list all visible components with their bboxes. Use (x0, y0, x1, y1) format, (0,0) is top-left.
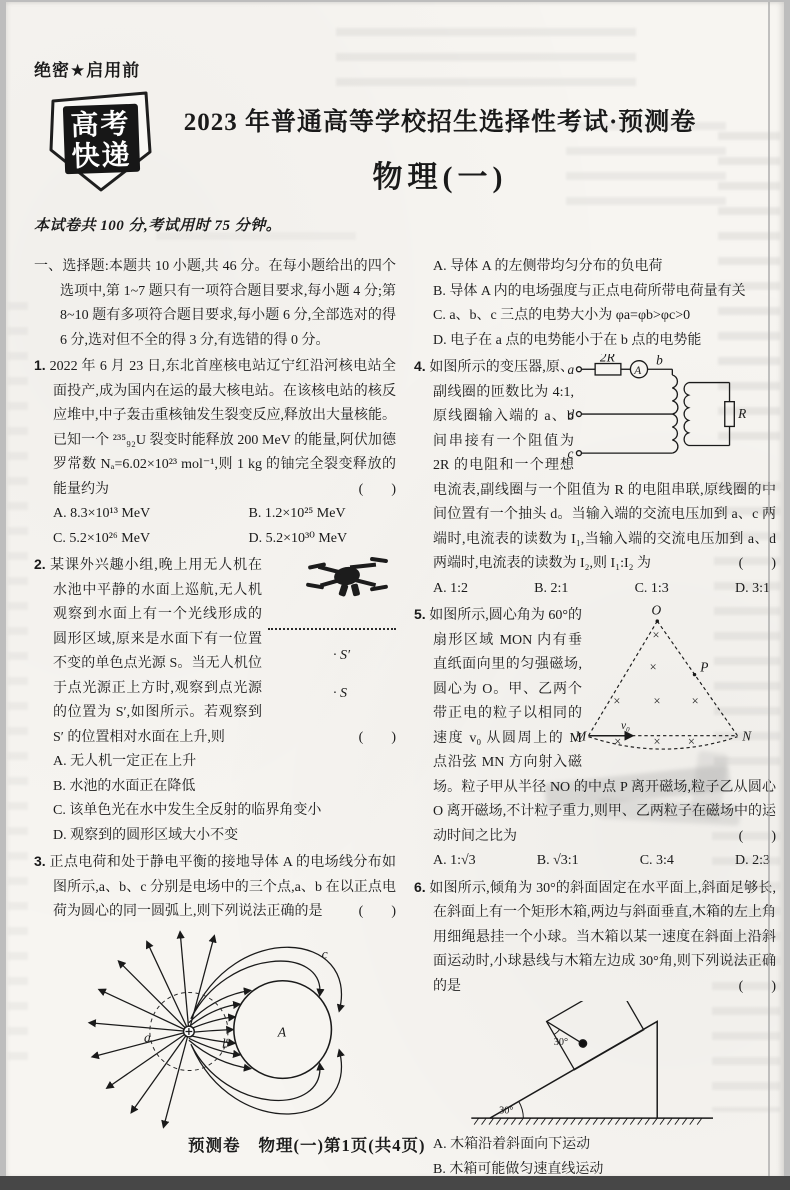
option-a: A. 8.3×10¹³ MeV (53, 502, 249, 527)
question-6-stem: 6. 如图所示,倾角为 30°的斜面固定在水平面上,斜面足够长,在斜面上有一个矩… (414, 875, 776, 1000)
svg-text:×: × (650, 660, 657, 674)
option-d: D. 5.2×10³⁰ MeV (249, 527, 396, 552)
stamp-line1: 高考 (70, 107, 131, 141)
exam-title: 2023 年普通高等学校招生选择性考试·预测卷 (154, 102, 726, 138)
question-4-options: A. 1:2 B. 2:1 C. 1:3 D. 3:1 (414, 577, 776, 602)
option-c: C. a、b、c 三点的电势大小为 φa=φb>φc>0 (414, 304, 776, 329)
option-b: B. 2:1 (534, 577, 568, 602)
question-2: · S′ · S 2. 某课外兴趣小组,晚上用无人机在水池中平静的水面上巡航,无… (34, 552, 396, 848)
left-column: 一、选择题:本题共 10 小题,共 46 分。在每小题给出的四个选项中,第 1~… (34, 255, 396, 1135)
label-n: N (741, 728, 752, 743)
option-d: D. 3:1 (735, 577, 770, 602)
point-c-label: c (322, 946, 328, 961)
question-3-stem: 3. 正点电荷和处于静电平衡的接地导体 A 的电场线分布如图所示,a、b、c 分… (34, 849, 396, 925)
question-5-figure: × × × × × × × × O M N P v₀ (588, 602, 776, 772)
question-number: 3. (34, 853, 46, 869)
answer-bracket: ( ) (758, 975, 776, 1000)
question-1-options: A. 8.3×10¹³ MeV B. 1.2×10²⁵ MeV C. 5.2×1… (34, 502, 396, 551)
option-a: A. 1:2 (433, 577, 468, 602)
option-d: D. 电子在 a 点的电势能小于在 b 点的电势能 (414, 329, 776, 354)
section-heading: 一、选择题:本题共 10 小题,共 46 分。在每小题给出的四个选项中,第 1~… (34, 255, 396, 353)
magnetic-sector-figure: × × × × × × × × O M N P v₀ (569, 602, 757, 772)
terminal-c-label: c (568, 446, 574, 461)
question-3-options: A. 导体 A 的左侧带均匀分布的负电荷 B. 导体 A 内的电场强度与正点电荷… (414, 255, 776, 353)
question-5-options: A. 1:√3 B. √3:1 C. 3:4 D. 2:3 (414, 849, 776, 874)
page-footer: 预测卷 物理(一)第1页(共4页) (188, 1132, 425, 1156)
question-number: 2. (34, 556, 46, 572)
option-a: A. 木箱沿着斜面向下运动 (414, 1133, 776, 1158)
option-c: C. 该单色光在水中发生全反射的临界角变小 (34, 799, 396, 824)
svg-text:×: × (653, 734, 660, 748)
box-group (547, 1001, 644, 1070)
footer-page-number: 物理(一)第1页(共4页) (259, 1132, 426, 1156)
terminal-a-label: a (568, 362, 575, 377)
question-2-stem: · S′ · S 2. 某课外兴趣小组,晚上用无人机在水池中平静的水面上巡航,无… (34, 552, 396, 750)
ghost-text (156, 232, 356, 254)
incline-angle-label: 30° (499, 1105, 513, 1116)
option-c: C. 3:4 (640, 849, 674, 874)
answer-bracket: ( ) (378, 900, 396, 925)
question-4-stem: a d c 2R b A R 4. 如图所示的变压器,原、副线圈的匝数比为 4:… (414, 354, 776, 577)
answer-bracket: ( ) (758, 552, 776, 577)
question-5: × × × × × × × × O M N P v₀ (414, 602, 776, 874)
resistor-r-label: R (737, 406, 746, 421)
stem-text: 正点电荷和处于静电平衡的接地导体 A 的电场线分布如图所示,a、b、c 分别是电… (50, 855, 396, 919)
question-3: 3. 正点电荷和处于静电平衡的接地导体 A 的电场线分布如图所示,a、b、c 分… (34, 849, 396, 1134)
ghost-text (336, 28, 636, 86)
subject-title: 物理(一) (154, 152, 726, 196)
terminal-d-label: d (568, 407, 575, 422)
stamp-line2: 快递 (71, 139, 132, 172)
scan-bottom-band (0, 1176, 790, 1190)
option-d: D. 观察到的圆形区域大小不变 (34, 824, 396, 849)
label-v0: v₀ (621, 720, 630, 732)
page-edge-shadow (768, 2, 770, 1176)
ghost-text (8, 302, 28, 1062)
answer-bracket: ( ) (758, 825, 776, 850)
conductor-a-label: A (277, 1024, 287, 1039)
header-titles: 2023 年普通高等学校招生选择性考试·预测卷 物理(一) (154, 102, 726, 196)
exam-express-stamp: 高考 快递 (46, 90, 156, 194)
question-5-stem: × × × × × × × × O M N P v₀ (414, 602, 776, 849)
field-lines-figure: a b c A (76, 929, 376, 1134)
question-number: 5. (414, 606, 426, 622)
water-surface-line (268, 628, 396, 630)
incline-box-figure: 30° 30° (454, 1001, 734, 1133)
scanned-page: 绝密★启用前 高考 快递 2023 年普通高等学校招生选择性考试·预测卷 物理(… (6, 2, 784, 1178)
option-d: D. 2:3 (735, 849, 770, 874)
positive-charge-icon (184, 1026, 195, 1037)
label-m: M (574, 728, 587, 743)
secret-label: 绝密★启用前 (34, 56, 140, 81)
question-4-figure: a d c 2R b A R (580, 354, 776, 476)
question-6: 6. 如图所示,倾角为 30°的斜面固定在水平面上,斜面足够长,在斜面上有一个矩… (414, 875, 776, 1183)
option-b: B. 导体 A 内的电场强度与正点电荷所带电荷量有关 (414, 280, 776, 305)
stem-text: 某课外兴趣小组,晚上用无人机在水池中平静的水面上巡航,无人机观察到水面上有一个光… (50, 558, 262, 745)
answer-bracket: ( ) (378, 478, 396, 503)
svg-text:×: × (653, 694, 660, 708)
svg-text:×: × (688, 734, 695, 748)
question-4: a d c 2R b A R 4. 如图所示的变压器,原、副线圈的匝数比为 4:… (414, 354, 776, 601)
option-c: C. 1:3 (635, 577, 669, 602)
stem-text: 2022 年 6 月 23 日,东北首座核电站辽宁红沿河核电站全面投产,成为国内… (50, 359, 396, 497)
option-a: A. 导体 A 的左侧带均匀分布的负电荷 (414, 255, 776, 280)
center-o-dot (656, 619, 659, 622)
resistor-2r-label: 2R (600, 354, 615, 365)
section-heading-text: 一、选择题:本题共 10 小题,共 46 分。在每小题给出的四个选项中,第 1~… (34, 259, 396, 348)
terminal-b-label: b (656, 354, 663, 367)
question-number: 6. (414, 879, 426, 895)
svg-text:×: × (692, 694, 699, 708)
question-number: 1. (34, 357, 46, 373)
question-2-figure: · S′ · S (268, 552, 396, 720)
question-1-stem: 1. 2022 年 6 月 23 日,东北首座核电站辽宁红沿河核电站全面投产,成… (34, 353, 396, 502)
option-b: B. 水池的水面正在降低 (34, 775, 396, 800)
option-c: C. 5.2×10²⁶ MeV (53, 527, 249, 552)
svg-text:×: × (613, 694, 620, 708)
option-a: A. 无人机一定正在上升 (34, 750, 396, 775)
label-o: O (652, 602, 662, 617)
option-b: B. 1.2×10²⁵ MeV (249, 502, 396, 527)
exam-note: 本试卷共 100 分,考试用时 75 分钟。 (34, 214, 281, 235)
svg-text:×: × (614, 734, 621, 748)
circuit-wires (576, 361, 734, 456)
label-p: P (699, 660, 708, 675)
option-a: A. 1:√3 (433, 849, 476, 874)
transformer-circuit: a d c 2R b A R (561, 354, 757, 476)
point-p-dot (693, 673, 696, 676)
question-number: 4. (414, 358, 426, 374)
answer-bracket: ( ) (378, 726, 396, 751)
drone-icon (300, 552, 394, 604)
option-b: B. √3:1 (537, 849, 579, 874)
stem-text: 如图所示,倾角为 30°的斜面固定在水平面上,斜面足够长,在斜面上有一个矩形木箱… (429, 881, 776, 994)
point-a-label: a (144, 1030, 151, 1045)
ammeter-label: A (633, 365, 642, 377)
question-1: 1. 2022 年 6 月 23 日,东北首座核电站辽宁红沿河核电站全面投产,成… (34, 353, 396, 551)
svg-text:×: × (652, 628, 659, 642)
point-b-label: b (222, 1036, 229, 1051)
right-column: A. 导体 A 的左侧带均匀分布的负电荷 B. 导体 A 内的电场强度与正点电荷… (414, 255, 776, 1183)
ground-hatching (474, 1118, 702, 1125)
sector-outline (589, 621, 738, 749)
string-angle-label: 30° (554, 1037, 568, 1048)
footer-volume: 预测卷 (188, 1132, 241, 1156)
